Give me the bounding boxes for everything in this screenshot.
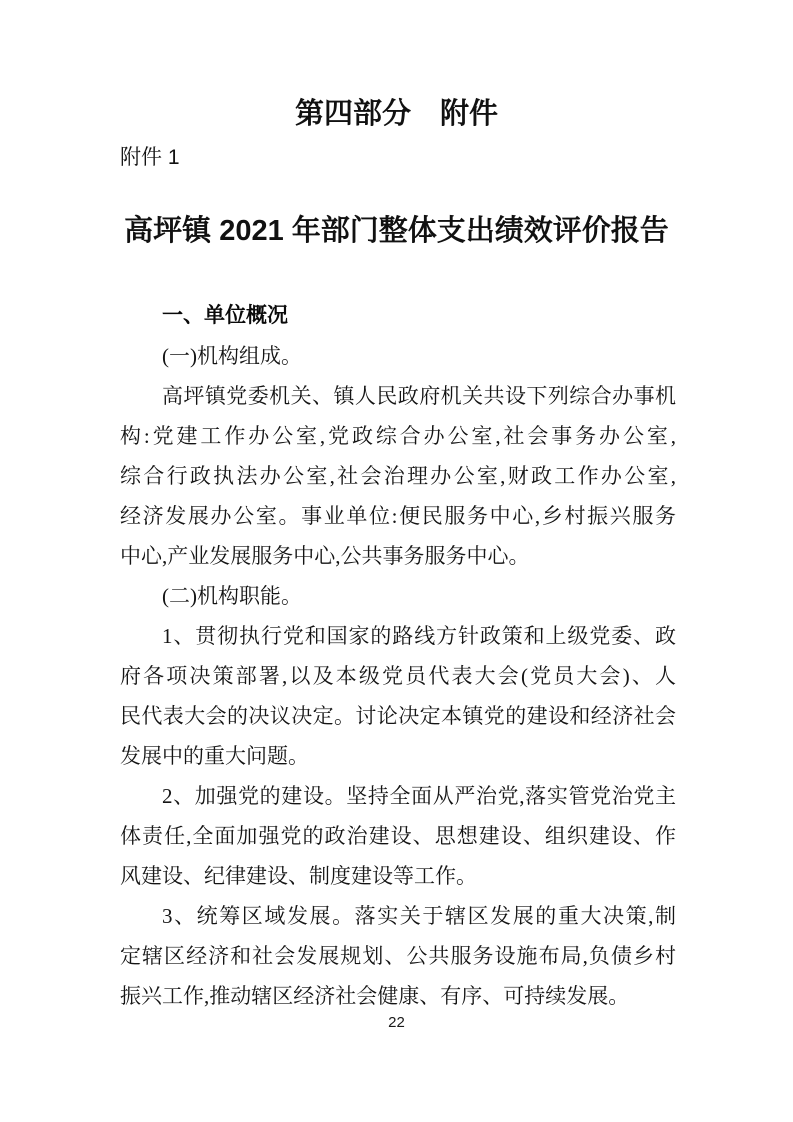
text-line: 构:党建工作办公室,党政综合办公室,社会事务办公室,	[120, 416, 676, 456]
text-line: 3、统筹区域发展。落实关于辖区发展的重大决策,制	[120, 896, 676, 936]
document-body: 一、单位概况(一)机构组成。高坪镇党委机关、镇人民政府机关共设下列综合办事机构:…	[120, 296, 676, 1016]
section-heading: 一、单位概况	[120, 296, 676, 336]
page-number: 22	[0, 1013, 793, 1033]
report-title: 高坪镇 2021 年部门整体支出绩效评价报告	[0, 211, 793, 251]
text-line: 综合行政执法办公室,社会治理办公室,财政工作办公室,	[120, 456, 676, 496]
attachment-label: 附件 1	[120, 143, 180, 173]
text-line: 振兴工作,推动辖区经济社会健康、有序、可持续发展。	[120, 976, 676, 1016]
text-line: 体责任,全面加强党的政治建设、思想建设、组织建设、作	[120, 816, 676, 856]
part-title: 第四部分 附件	[0, 96, 793, 132]
document-page: 第四部分 附件 附件 1 高坪镇 2021 年部门整体支出绩效评价报告 一、单位…	[0, 0, 793, 1122]
text-line: 风建设、纪律建设、制度建设等工作。	[120, 856, 676, 896]
text-line: 定辖区经济和社会发展规划、公共服务设施布局,负债乡村	[120, 936, 676, 976]
text-line: 中心,产业发展服务中心,公共事务服务中心。	[120, 536, 676, 576]
text-line: (一)机构组成。	[120, 336, 676, 376]
text-line: 民代表大会的决议决定。讨论决定本镇党的建设和经济社会	[120, 696, 676, 736]
text-line: 2、加强党的建设。坚持全面从严治党,落实管党治党主	[120, 776, 676, 816]
text-line: 1、贯彻执行党和国家的路线方针政策和上级党委、政	[120, 616, 676, 656]
text-line: 高坪镇党委机关、镇人民政府机关共设下列综合办事机	[120, 376, 676, 416]
text-line: 府各项决策部署,以及本级党员代表大会(党员大会)、人	[120, 656, 676, 696]
text-line: 发展中的重大问题。	[120, 736, 676, 776]
text-line: 经济发展办公室。事业单位:便民服务中心,乡村振兴服务	[120, 496, 676, 536]
text-line: (二)机构职能。	[120, 576, 676, 616]
